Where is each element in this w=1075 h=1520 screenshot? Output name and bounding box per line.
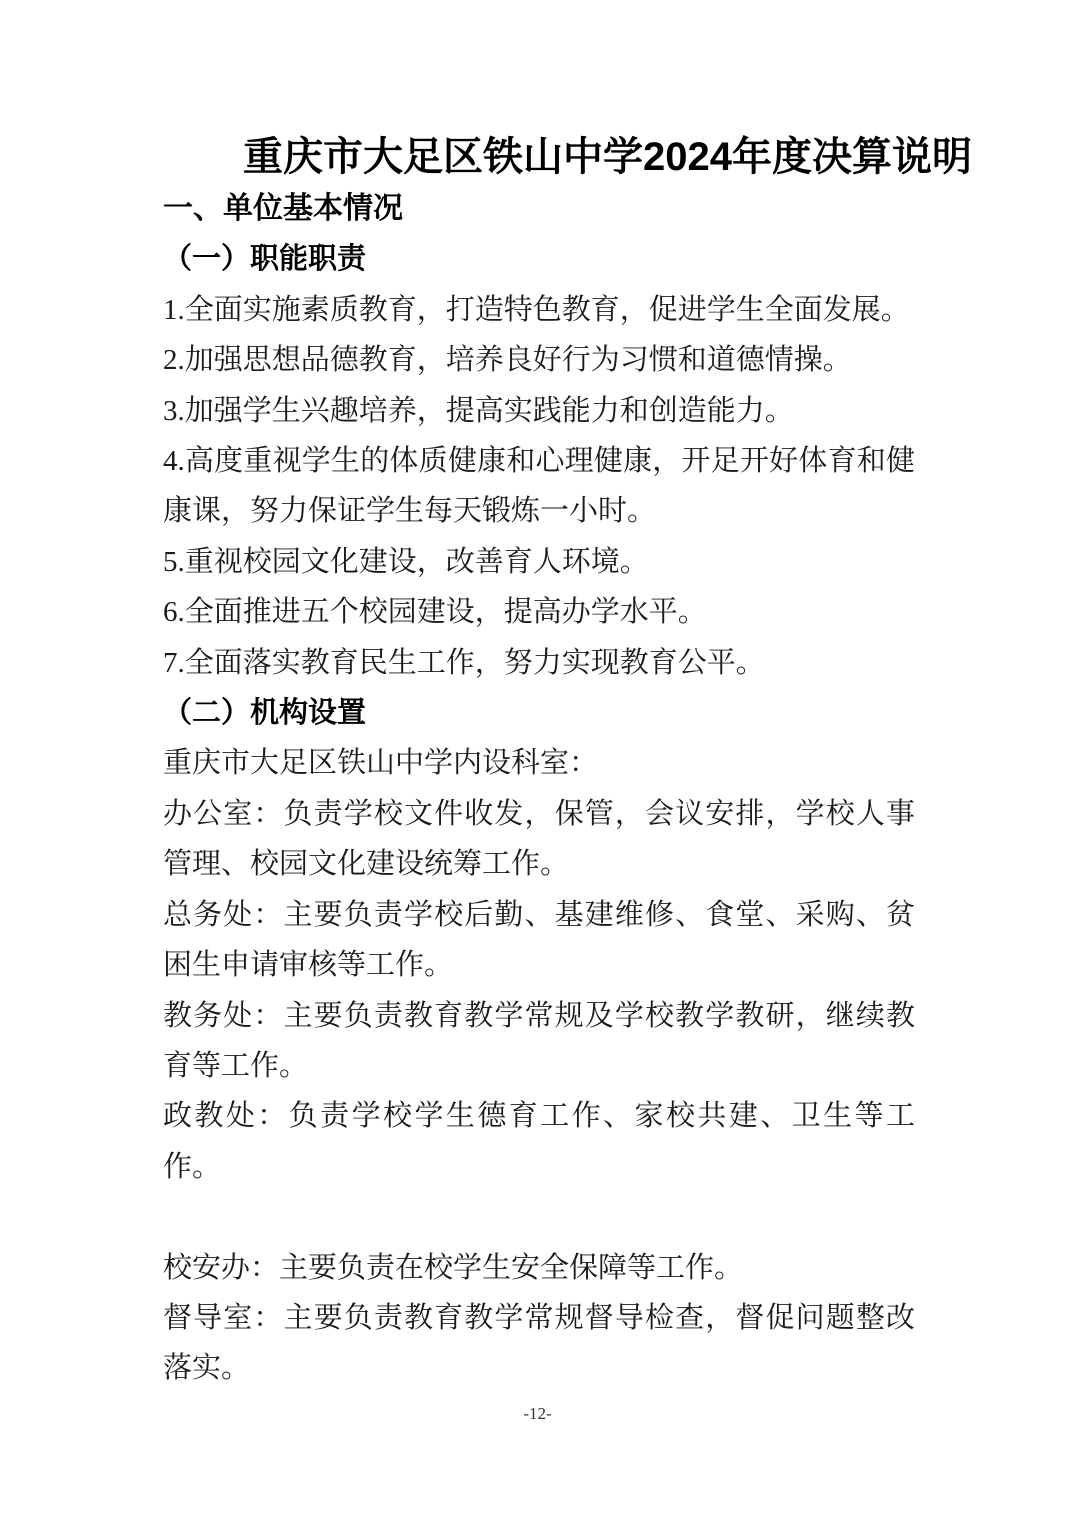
department-political-education: 政教处：负责学校学生德育工作、家校共建、卫生等工作。: [163, 1091, 915, 1192]
function-item-7: 7.全面落实教育民生工作，努力实现教育公平。: [163, 638, 915, 688]
function-item-4: 4.高度重视学生的体质健康和心理健康，开足开好体育和健康课，努力保证学生每天锻炼…: [163, 436, 915, 537]
function-item-5: 5.重视校园文化建设，改善育人环境。: [163, 537, 915, 587]
department-general-affairs: 总务处：主要负责学校后勤、基建维修、食堂、采购、贫困生申请审核等工作。: [163, 890, 915, 991]
subsection-heading-functions: （一）职能职责: [163, 234, 915, 284]
document-content: 重庆市大足区铁山中学2024年度决算说明 一、单位基本情况 （一）职能职责 1.…: [163, 130, 915, 1394]
function-item-1: 1.全面实施素质教育，打造特色教育，促进学生全面发展。: [163, 285, 915, 335]
subsection-heading-organization: （二）机构设置: [163, 688, 915, 738]
document-title: 重庆市大足区铁山中学2024年度决算说明: [163, 130, 915, 184]
department-academic-affairs: 教务处：主要负责教育教学常规及学校教学教研，继续教育等工作。: [163, 991, 915, 1092]
organization-intro: 重庆市大足区铁山中学内设科室：: [163, 738, 915, 788]
function-item-3: 3.加强学生兴趣培养，提高实践能力和创造能力。: [163, 386, 915, 436]
document-page: 重庆市大足区铁山中学2024年度决算说明 一、单位基本情况 （一）职能职责 1.…: [0, 0, 1075, 1520]
department-office: 办公室：负责学校文件收发，保管，会议安排，学校人事管理、校园文化建设统筹工作。: [163, 789, 915, 890]
department-supervision: 督导室：主要负责教育教学常规督导检查，督促问题整改落实。: [163, 1293, 915, 1394]
page-footer: -12-: [0, 1400, 1075, 1428]
department-campus-safety: 校安办：主要负责在校学生安全保障等工作。: [163, 1243, 915, 1293]
page-number: -12-: [523, 1404, 551, 1423]
function-item-2: 2.加强思想品德教育，培养良好行为习惯和道德情操。: [163, 335, 915, 385]
section-heading-basic-info: 一、单位基本情况: [163, 184, 915, 234]
function-item-6: 6.全面推进五个校园建设，提高办学水平。: [163, 587, 915, 637]
